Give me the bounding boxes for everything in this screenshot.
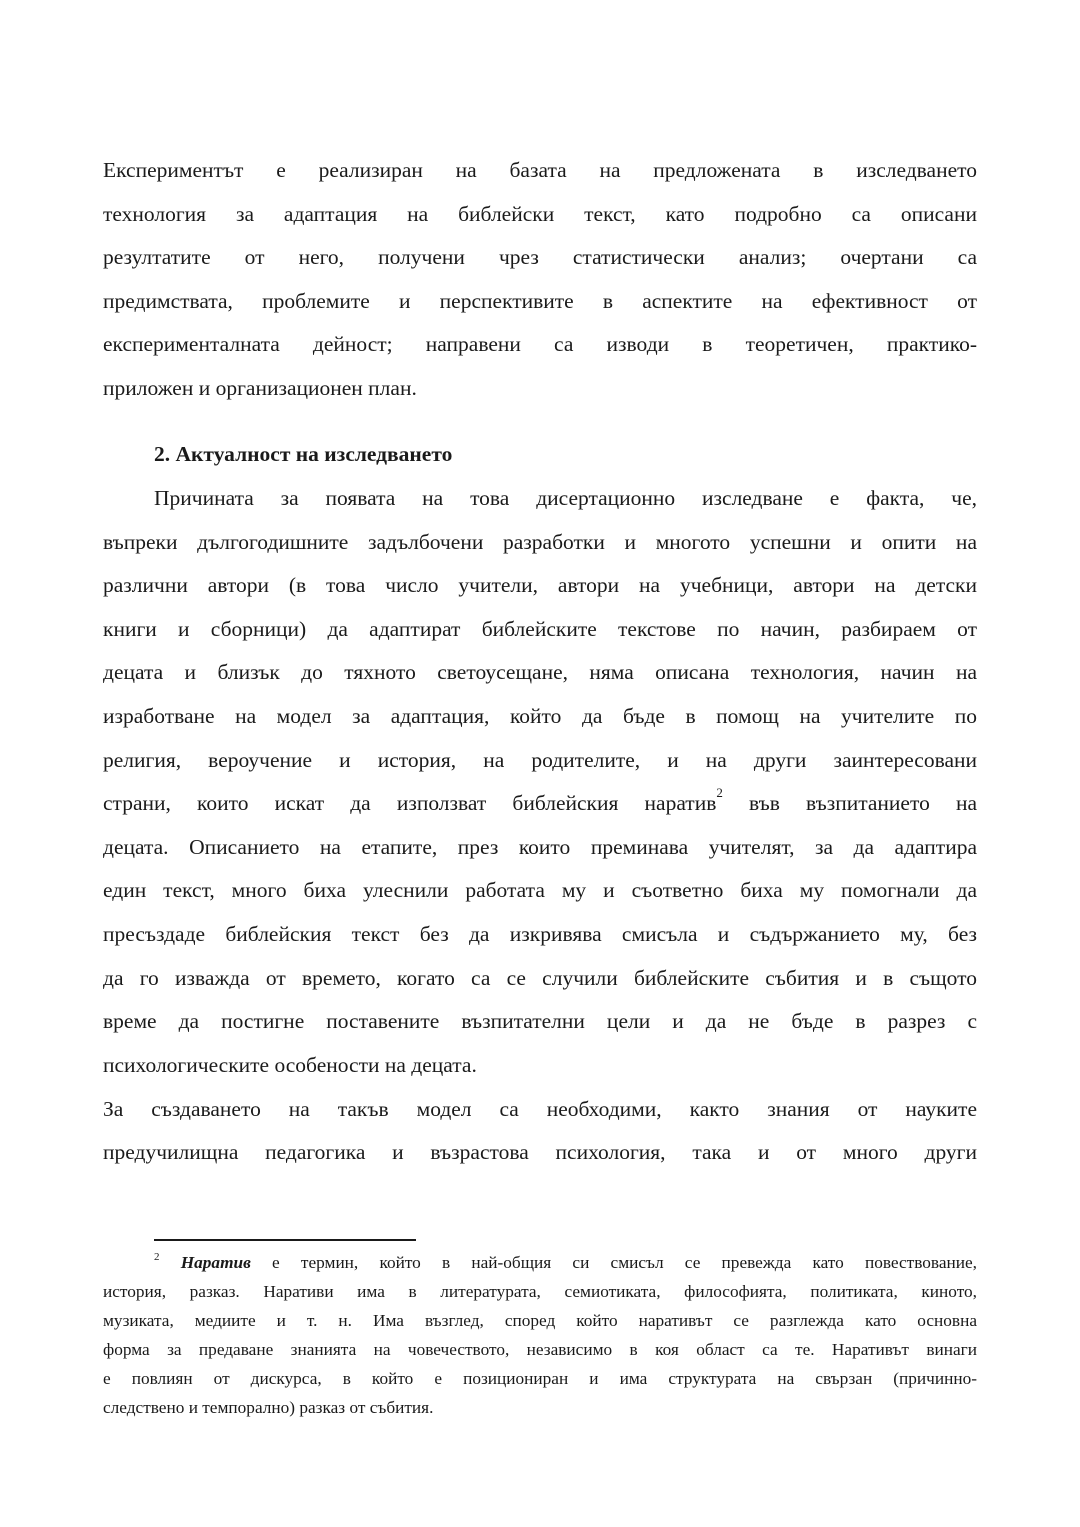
text-line: Експериментът е реализиран на базата на … <box>103 157 977 183</box>
text-segment: страни, които искат да използват библейс… <box>103 791 716 815</box>
footnote-line: форма за предаване знанията на човечеств… <box>103 1340 977 1360</box>
footnote-line: 2 Наратив е термин, който в най-общия си… <box>154 1253 977 1273</box>
text-line: предучилищна педагогика и възрастова пси… <box>103 1139 977 1165</box>
text-line: За създаването на такъв модел са необход… <box>103 1096 977 1122</box>
footnote-separator <box>154 1239 416 1241</box>
text-line: експерименталната дейност; направени са … <box>103 331 977 357</box>
text-line: да го изважда от времето, когато са се с… <box>103 965 977 991</box>
text-line: предимствата, проблемите и перспективите… <box>103 288 977 314</box>
footnote-reference[interactable]: 2 <box>716 785 723 800</box>
text-line: религия, вероучение и история, на родите… <box>103 747 977 773</box>
text-line: различни автори (в това число учители, а… <box>103 572 977 598</box>
text-segment: е термин, който в най-общия си смисъл се… <box>251 1253 977 1272</box>
text-line: децата. Описанието на етапите, през коит… <box>103 834 977 860</box>
text-line: технология за адаптация на библейски тек… <box>103 201 977 227</box>
text-line: психологическите особености на децата. <box>103 1052 977 1078</box>
text-line: приложен и организационен план. <box>103 375 977 401</box>
text-line: книги и сборници) да адаптират библейски… <box>103 616 977 642</box>
text-line: въпреки дългогодишните задълбочени разра… <box>103 529 977 555</box>
footnote-line: е повлиян от дискурса, в който е позицио… <box>103 1369 977 1389</box>
footnote-term: Наратив <box>181 1253 251 1272</box>
text-line: пресъздаде библейския текст без да изкри… <box>103 921 977 947</box>
section-heading: 2. Актуалност на изследването <box>154 441 452 467</box>
footnote-number: 2 <box>154 1251 160 1263</box>
text-line: резултатите от него, получени чрез стати… <box>103 244 977 270</box>
text-line: един текст, много биха улеснили работата… <box>103 877 977 903</box>
text-line: изработване на модел за адаптация, който… <box>103 703 977 729</box>
text-segment: във възпитанието на <box>723 791 977 815</box>
text-line: страни, които искат да използват библейс… <box>103 790 977 816</box>
document-page: Експериментът е реализиран на базата на … <box>0 0 1080 1527</box>
footnote-line: следствено и темпорално) разказ от събит… <box>103 1398 977 1418</box>
text-line: Причината за появата на това дисертацион… <box>154 485 977 511</box>
footnote-line: история, разказ. Наративи има в литерату… <box>103 1282 977 1302</box>
text-line: децата и близък до тяхното светоусещане,… <box>103 659 977 685</box>
footnote-line: музиката, медиите и т. н. Има възглед, с… <box>103 1311 977 1331</box>
text-line: време да постигне поставените възпитател… <box>103 1008 977 1034</box>
